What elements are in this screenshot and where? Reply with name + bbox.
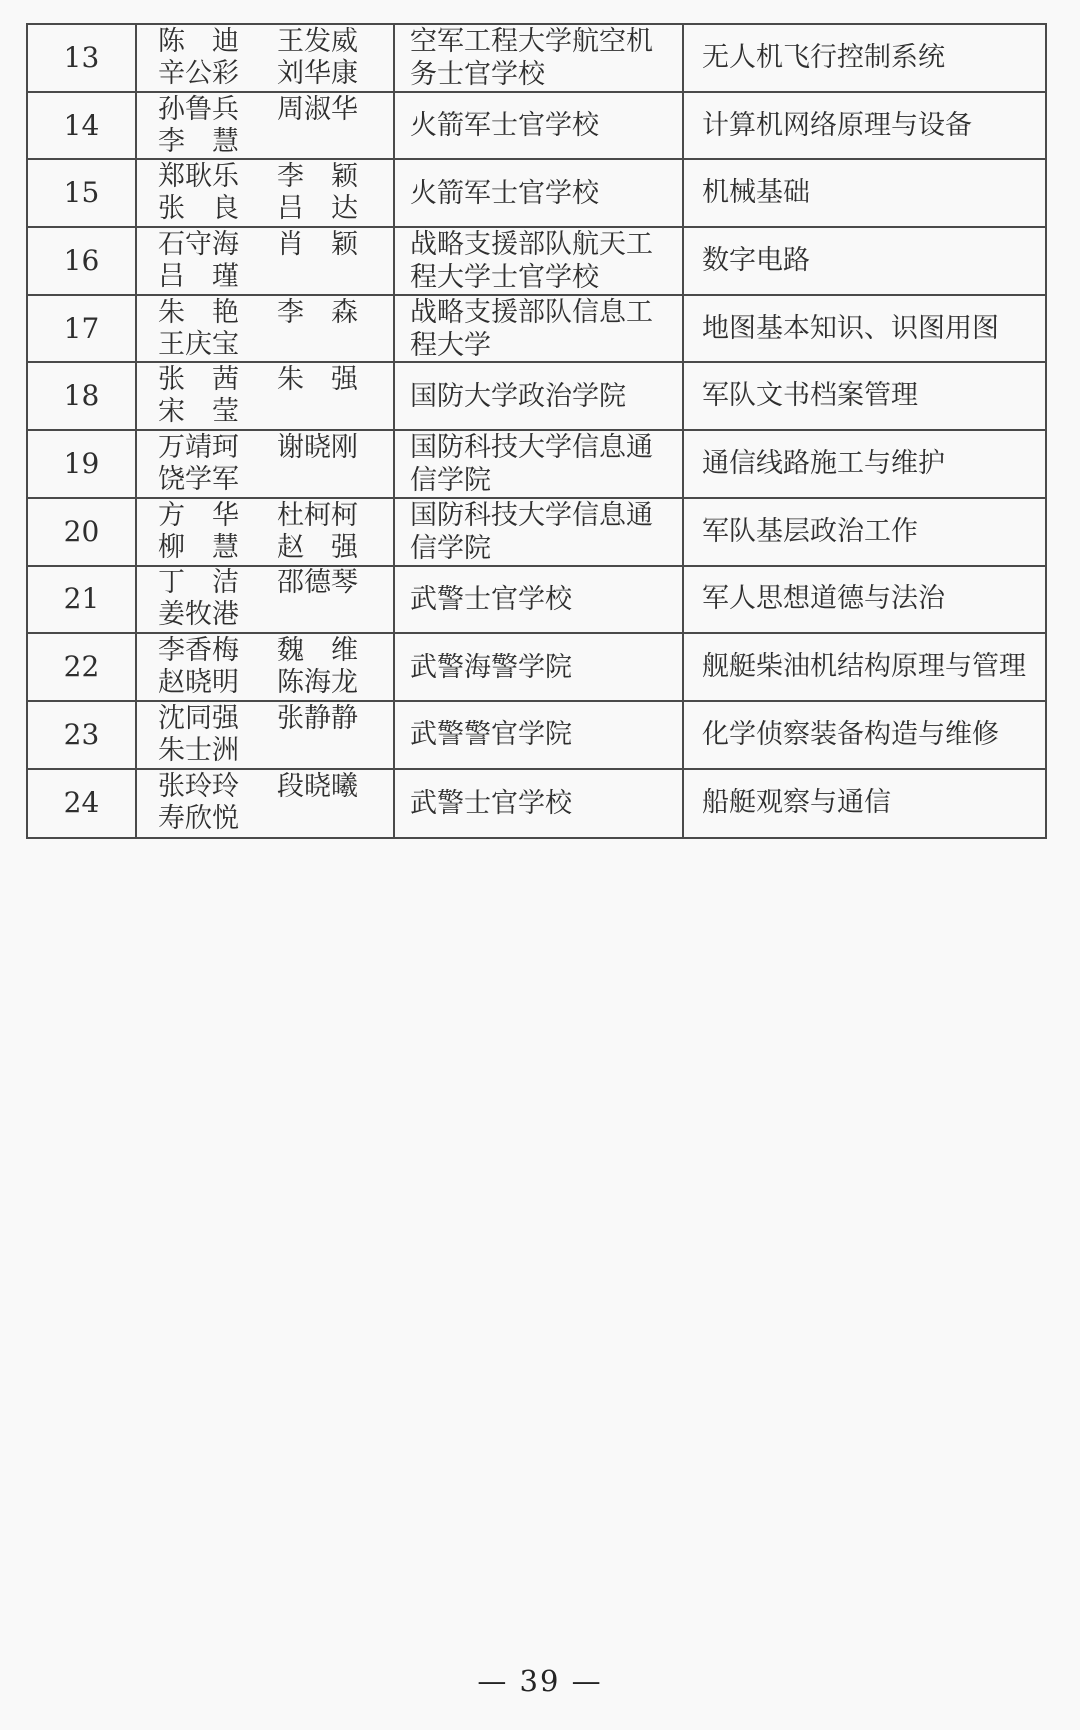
awardees-cell: 陈迪王发威辛公彩刘华康 (135, 25, 393, 91)
course-cell: 化学侦察装备构造与维修 (682, 702, 1045, 768)
awardee-name: 张静静 (277, 703, 358, 735)
awardee-name-line: 张茜朱强 (158, 364, 393, 396)
awardee-name-line: 李慧 (158, 126, 393, 158)
table-row: 15郑耿乐李颖张良吕达火箭军士官学校机械基础 (28, 160, 1045, 228)
awardee-name: 万靖珂 (158, 432, 239, 464)
school-name-line: 武警士官学校 (410, 787, 682, 820)
course-cell: 军队基层政治工作 (682, 499, 1045, 565)
school-cell: 武警士官学校 (393, 770, 682, 838)
row-number-cell: 23 (28, 702, 135, 768)
table-row: 17朱艳李森王庆宝战略支援部队信息工程大学地图基本知识、识图用图 (28, 296, 1045, 364)
awardee-name-line: 陈迪王发威 (158, 26, 393, 58)
awardee-name-line: 宋莹 (158, 396, 393, 428)
awards-table: 13陈迪王发威辛公彩刘华康空军工程大学航空机务士官学校无人机飞行控制系统14孙鲁… (26, 23, 1047, 839)
school-name-line: 信学院 (410, 532, 682, 565)
course-title: 军队基层政治工作 (702, 516, 1045, 548)
awardee-name: 陈海龙 (277, 667, 358, 699)
course-title: 舰艇柴油机结构原理与管理 (702, 651, 1045, 683)
row-number-cell: 17 (28, 296, 135, 362)
awardee-name: 姜牧港 (158, 599, 239, 631)
awardees-cell: 方华杜柯柯柳慧赵强 (135, 499, 393, 565)
awardee-name: 吕达 (277, 193, 358, 225)
school-name-line: 武警士官学校 (410, 583, 682, 616)
awardee-name: 魏维 (277, 635, 358, 667)
awardee-name: 丁洁 (158, 567, 239, 599)
table-row: 18张茜朱强宋莹国防大学政治学院军队文书档案管理 (28, 363, 1045, 431)
course-cell: 地图基本知识、识图用图 (682, 296, 1045, 362)
awardee-name: 邵德琴 (277, 567, 358, 599)
row-number-cell: 16 (28, 228, 135, 294)
school-name-line: 国防科技大学信息通 (410, 499, 682, 532)
awardee-name-line: 万靖珂谢晓刚 (158, 432, 393, 464)
row-number-cell: 20 (28, 499, 135, 565)
table-row: 21丁洁邵德琴姜牧港武警士官学校军人思想道德与法治 (28, 567, 1045, 635)
school-cell: 武警警官学院 (393, 702, 682, 768)
awardees-cell: 丁洁邵德琴姜牧港 (135, 567, 393, 633)
school-name-line: 程大学 (410, 329, 682, 362)
awardee-name: 朱强 (277, 364, 358, 396)
school-name-line: 程大学士官学校 (410, 261, 682, 294)
awardee-name-line: 方华杜柯柯 (158, 500, 393, 532)
awardees-cell: 张茜朱强宋莹 (135, 363, 393, 429)
awardees-cell: 朱艳李森王庆宝 (135, 296, 393, 362)
awardee-name: 赵晓明 (158, 667, 239, 699)
awardee-name: 段晓曦 (277, 771, 358, 803)
awardee-name: 谢晓刚 (277, 432, 358, 464)
course-title: 船艇观察与通信 (702, 787, 1045, 819)
row-number-cell: 13 (28, 25, 135, 91)
row-number-cell: 18 (28, 363, 135, 429)
awardee-name-line: 丁洁邵德琴 (158, 567, 393, 599)
awardee-name-line: 辛公彩刘华康 (158, 58, 393, 90)
school-name-line: 战略支援部队航天工 (410, 228, 682, 261)
awardee-name: 方华 (158, 500, 239, 532)
awardee-name: 张茜 (158, 364, 239, 396)
awardee-name-line: 吕瑾 (158, 261, 393, 293)
course-title: 军队文书档案管理 (702, 380, 1045, 412)
school-name-line: 武警警官学院 (410, 718, 682, 751)
school-cell: 武警海警学院 (393, 634, 682, 700)
awardees-cell: 张玲玲段晓曦寿欣悦 (135, 770, 393, 838)
course-cell: 军人思想道德与法治 (682, 567, 1045, 633)
awardees-cell: 李香梅魏维赵晓明陈海龙 (135, 634, 393, 700)
awardee-name: 饶学军 (158, 464, 239, 496)
awardee-name: 赵强 (277, 532, 358, 564)
school-cell: 火箭军士官学校 (393, 160, 682, 226)
row-number-cell: 21 (28, 567, 135, 633)
awardees-cell: 郑耿乐李颖张良吕达 (135, 160, 393, 226)
row-number-cell: 22 (28, 634, 135, 700)
document-page: 13陈迪王发威辛公彩刘华康空军工程大学航空机务士官学校无人机飞行控制系统14孙鲁… (0, 0, 1080, 1730)
course-cell: 计算机网络原理与设备 (682, 93, 1045, 159)
awardee-name: 李森 (277, 297, 358, 329)
course-title: 军人思想道德与法治 (702, 583, 1045, 615)
awardee-name-line: 王庆宝 (158, 329, 393, 361)
school-cell: 战略支援部队航天工程大学士官学校 (393, 228, 682, 294)
awardee-name-line: 朱艳李森 (158, 297, 393, 329)
awardee-name: 杜柯柯 (277, 500, 358, 532)
course-cell: 舰艇柴油机结构原理与管理 (682, 634, 1045, 700)
school-name-line: 火箭军士官学校 (410, 109, 682, 142)
awardee-name-line: 张良吕达 (158, 193, 393, 225)
course-cell: 机械基础 (682, 160, 1045, 226)
awardee-name: 刘华康 (277, 58, 358, 90)
table-row: 20方华杜柯柯柳慧赵强国防科技大学信息通信学院军队基层政治工作 (28, 499, 1045, 567)
awardee-name-line: 柳慧赵强 (158, 532, 393, 564)
awardee-name: 孙鲁兵 (158, 94, 239, 126)
school-cell: 国防大学政治学院 (393, 363, 682, 429)
awardee-name-line: 饶学军 (158, 464, 393, 496)
awardee-name-line: 李香梅魏维 (158, 635, 393, 667)
awardee-name: 石守海 (158, 229, 239, 261)
school-cell: 国防科技大学信息通信学院 (393, 431, 682, 497)
awardee-name: 辛公彩 (158, 58, 239, 90)
awardee-name: 张良 (158, 193, 239, 225)
awardee-name-line: 朱士洲 (158, 735, 393, 767)
awardee-name: 柳慧 (158, 532, 239, 564)
awardee-name: 沈同强 (158, 703, 239, 735)
table-row: 24张玲玲段晓曦寿欣悦武警士官学校船艇观察与通信 (28, 770, 1045, 838)
school-cell: 武警士官学校 (393, 567, 682, 633)
awardee-name-line: 寿欣悦 (158, 803, 393, 835)
awardee-name: 宋莹 (158, 396, 239, 428)
awardees-cell: 沈同强张静静朱士洲 (135, 702, 393, 768)
awardee-name: 王发威 (277, 26, 358, 58)
table-row: 23沈同强张静静朱士洲武警警官学院化学侦察装备构造与维修 (28, 702, 1045, 770)
awardee-name: 郑耿乐 (158, 161, 239, 193)
awardee-name-line: 张玲玲段晓曦 (158, 771, 393, 803)
row-number-cell: 14 (28, 93, 135, 159)
course-cell: 通信线路施工与维护 (682, 431, 1045, 497)
awardees-cell: 万靖珂谢晓刚饶学军 (135, 431, 393, 497)
awardee-name: 陈迪 (158, 26, 239, 58)
table-row: 16石守海肖颖吕瑾战略支援部队航天工程大学士官学校数字电路 (28, 228, 1045, 296)
row-number-cell: 19 (28, 431, 135, 497)
awardee-name: 寿欣悦 (158, 803, 239, 835)
school-name-line: 武警海警学院 (410, 651, 682, 684)
school-cell: 空军工程大学航空机务士官学校 (393, 25, 682, 91)
row-number-cell: 24 (28, 770, 135, 838)
row-number-cell: 15 (28, 160, 135, 226)
school-cell: 战略支援部队信息工程大学 (393, 296, 682, 362)
school-name-line: 战略支援部队信息工 (410, 296, 682, 329)
awardees-cell: 孙鲁兵周淑华李慧 (135, 93, 393, 159)
school-name-line: 国防大学政治学院 (410, 380, 682, 413)
awardee-name-line: 郑耿乐李颖 (158, 161, 393, 193)
awardee-name: 肖颖 (277, 229, 358, 261)
course-title: 化学侦察装备构造与维修 (702, 719, 1045, 751)
awardee-name-line: 赵晓明陈海龙 (158, 667, 393, 699)
course-title: 机械基础 (702, 177, 1045, 209)
awardee-name: 李慧 (158, 126, 239, 158)
table-row: 22李香梅魏维赵晓明陈海龙武警海警学院舰艇柴油机结构原理与管理 (28, 634, 1045, 702)
course-title: 通信线路施工与维护 (702, 448, 1045, 480)
school-name-line: 国防科技大学信息通 (410, 431, 682, 464)
awardee-name: 张玲玲 (158, 771, 239, 803)
school-name-line: 务士官学校 (410, 58, 682, 91)
table-row: 13陈迪王发威辛公彩刘华康空军工程大学航空机务士官学校无人机飞行控制系统 (28, 25, 1045, 93)
awardee-name: 周淑华 (277, 94, 358, 126)
table-row: 14孙鲁兵周淑华李慧火箭军士官学校计算机网络原理与设备 (28, 93, 1045, 161)
course-cell: 军队文书档案管理 (682, 363, 1045, 429)
course-cell: 船艇观察与通信 (682, 770, 1045, 838)
awardee-name-line: 姜牧港 (158, 599, 393, 631)
awardee-name: 朱士洲 (158, 735, 239, 767)
awardee-name-line: 孙鲁兵周淑华 (158, 94, 393, 126)
course-title: 无人机飞行控制系统 (702, 42, 1045, 74)
awardee-name: 李香梅 (158, 635, 239, 667)
awardee-name: 朱艳 (158, 297, 239, 329)
awardee-name: 吕瑾 (158, 261, 239, 293)
awardee-name: 李颖 (277, 161, 358, 193)
awardee-name-line: 沈同强张静静 (158, 703, 393, 735)
school-name-line: 火箭军士官学校 (410, 177, 682, 210)
school-name-line: 信学院 (410, 464, 682, 497)
awardee-name-line: 石守海肖颖 (158, 229, 393, 261)
awardees-cell: 石守海肖颖吕瑾 (135, 228, 393, 294)
course-title: 数字电路 (702, 245, 1045, 277)
school-cell: 国防科技大学信息通信学院 (393, 499, 682, 565)
table-row: 19万靖珂谢晓刚饶学军国防科技大学信息通信学院通信线路施工与维护 (28, 431, 1045, 499)
awardee-name: 王庆宝 (158, 329, 239, 361)
course-title: 地图基本知识、识图用图 (702, 313, 1045, 345)
page-number: — 39 — (0, 1664, 1080, 1698)
course-title: 计算机网络原理与设备 (702, 110, 1045, 142)
school-name-line: 空军工程大学航空机 (410, 25, 682, 58)
course-cell: 无人机飞行控制系统 (682, 25, 1045, 91)
course-cell: 数字电路 (682, 228, 1045, 294)
school-cell: 火箭军士官学校 (393, 93, 682, 159)
